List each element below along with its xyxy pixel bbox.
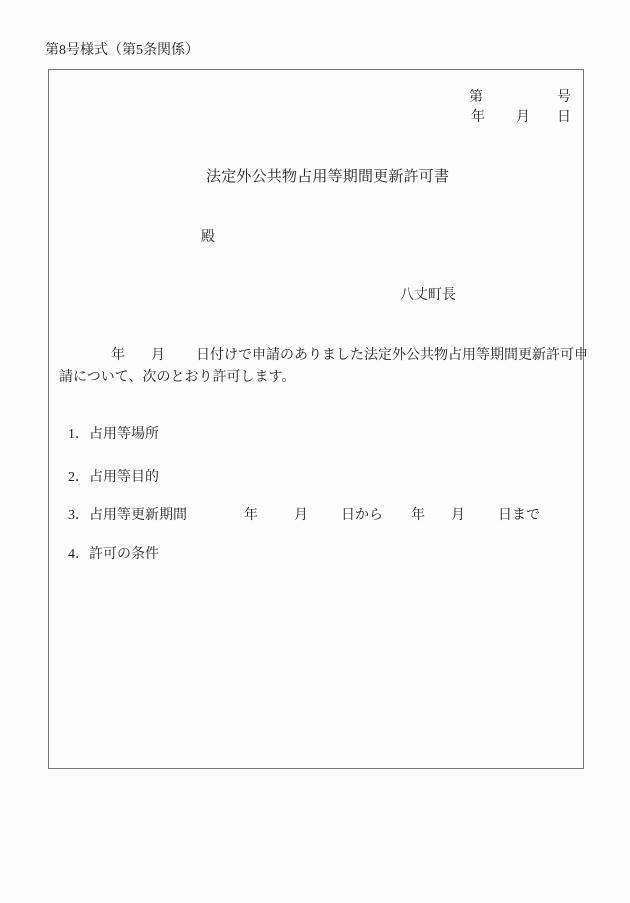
period-from-year-label: 年 [244, 509, 258, 523]
doc-number-prefix-label: 第 [469, 91, 483, 105]
header-date-month-label: 月 [516, 111, 530, 125]
item-occupancy-purpose: 2．占用等目的 [68, 471, 159, 485]
body-date-year-label: 年 [111, 349, 125, 363]
doc-number-suffix-label: 号 [557, 91, 571, 105]
body-date-month-label: 月 [151, 349, 165, 363]
period-to-year-label: 年 [411, 509, 425, 523]
period-to-month-label: 月 [451, 509, 465, 523]
document-frame: 第 号 年 月 日 法定外公共物占用等期間更新許可書 殿 八丈町長 年 月 日付… [48, 69, 584, 769]
period-to-day-label: 日まで [498, 509, 540, 523]
body-text-line1: 日付けで申請のありました法定外公共物占用等期間更新許可申 [196, 349, 588, 363]
item-permit-conditions: 4．許可の条件 [68, 548, 159, 562]
document-page: 第8号様式（第5条関係） 第 号 年 月 日 法定外公共物占用等期間更新許可書 … [0, 0, 630, 903]
form-number-label: 第8号様式（第5条関係） [45, 44, 199, 58]
period-from-month-label: 月 [294, 509, 308, 523]
body-text-line2: 請について、次のとおり許可します。 [59, 371, 295, 385]
header-date-year-label: 年 [471, 111, 485, 125]
issuer-name: 八丈町長 [400, 289, 456, 303]
period-from-day-label: 日から [341, 509, 383, 523]
addressee-honorific: 殿 [201, 231, 215, 245]
item-renewal-period-label: 3．占用等更新期間 [68, 509, 187, 523]
item-occupancy-place: 1．占用等場所 [68, 428, 159, 442]
header-date-day-label: 日 [557, 111, 571, 125]
document-title: 法定外公共物占用等期間更新許可書 [206, 170, 449, 185]
